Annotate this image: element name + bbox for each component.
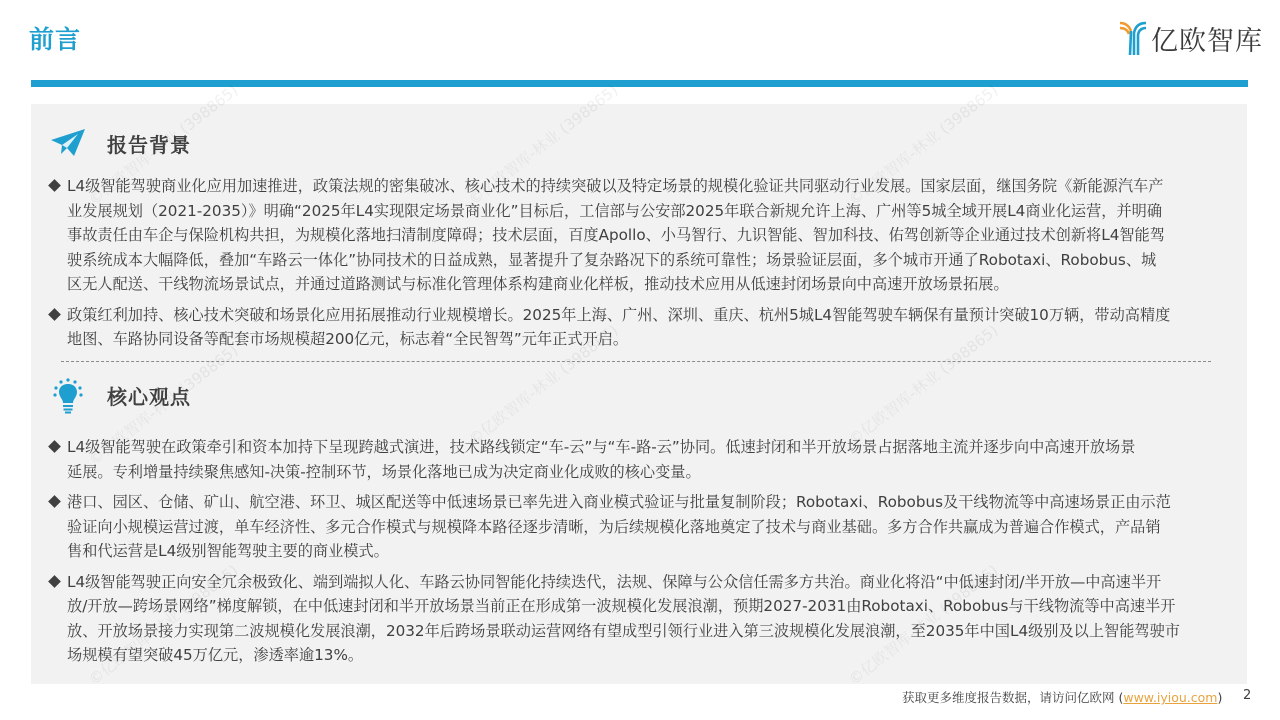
bullet-line: 驶系统成本大幅降低，叠加“车路云一体化”协同技术的日益成熟，显著提升了复杂路况下… bbox=[67, 248, 1242, 273]
bullet-line: 放、开放场景接力实现第二波规模化发展浪潮，2032年后跨场景联动运营网络有望成型… bbox=[67, 619, 1242, 644]
section-header-background: 报告背景 bbox=[49, 125, 191, 161]
core-views-bullet-list: L4级智能驾驶在政策牵引和资本加持下呈现跨越式演进，技术路线锁定“车-云”与“车… bbox=[47, 435, 1242, 674]
section-title: 报告背景 bbox=[107, 129, 191, 158]
footer-note: 获取更多维度报告数据，请访问亿欧网 (www.iyiou.com) bbox=[902, 688, 1222, 706]
logo-mark-icon bbox=[1118, 19, 1148, 57]
bullet-item: L4级智能驾驶商业化应用加速推进，政策法规的密集破冰、核心技术的持续突破以及特定… bbox=[47, 174, 1242, 297]
diamond-bullet-icon bbox=[48, 440, 61, 453]
bullet-line: 业发展规划（2021-2035）》明确“2025年L4实现限定场景商业化”目标后… bbox=[67, 199, 1242, 224]
diamond-bullet-icon bbox=[48, 495, 61, 508]
bullet-line: 场规模有望突破45万亿元，渗透率逾13%。 bbox=[67, 643, 1242, 668]
website-link[interactable]: www.iyiou.com bbox=[1123, 690, 1217, 705]
section-title: 核心观点 bbox=[107, 381, 191, 410]
bullet-line: 验证向小规模运营过渡，单车经济性、多元合作模式与规模降本路径逐步清晰，为后续规模… bbox=[67, 515, 1242, 540]
content-panel: ©亿欧智库-林业 (398865) ©亿欧智库-林业 (398865) ©亿欧智… bbox=[31, 104, 1247, 684]
header-divider-bar bbox=[31, 80, 1248, 87]
logo-text: 亿欧智库 bbox=[1151, 19, 1263, 58]
section-header-core-views: 核心观点 bbox=[49, 377, 191, 413]
bullet-line: 放/开放—跨场景网络”梯度解锁，在中低速封闭和半开放场景当前正在形成第一波规模化… bbox=[67, 594, 1242, 619]
diamond-bullet-icon bbox=[48, 179, 61, 192]
bullet-line: 区无人配送、干线物流场景试点，并通过道路测试与标准化管理体系构建商业化样板，推动… bbox=[67, 272, 1242, 297]
footer-text: 获取更多维度报告数据，请访问亿欧网 ( bbox=[902, 690, 1123, 705]
bullet-line: 政策红利加持、核心技术突破和场景化应用拓展推动行业规模增长。2025年上海、广州… bbox=[67, 303, 1242, 328]
lightbulb-icon bbox=[49, 377, 87, 413]
bullet-item: 政策红利加持、核心技术突破和场景化应用拓展推动行业规模增长。2025年上海、广州… bbox=[47, 303, 1242, 352]
company-logo: 亿欧智库 bbox=[1118, 18, 1263, 58]
footer-text-end: ) bbox=[1217, 690, 1222, 705]
diamond-bullet-icon bbox=[48, 575, 61, 588]
dashed-divider bbox=[61, 361, 1211, 362]
bullet-line: L4级智能驾驶商业化应用加速推进，政策法规的密集破冰、核心技术的持续突破以及特定… bbox=[67, 174, 1242, 199]
paper-plane-icon bbox=[49, 125, 87, 161]
background-bullet-list: L4级智能驾驶商业化应用加速推进，政策法规的密集破冰、核心技术的持续突破以及特定… bbox=[47, 174, 1242, 358]
bullet-line: 事故责任由车企与保险机构共担，为规模化落地扫清制度障碍；技术层面，百度Apoll… bbox=[67, 223, 1242, 248]
bullet-line: L4级智能驾驶在政策牵引和资本加持下呈现跨越式演进，技术路线锁定“车-云”与“车… bbox=[67, 435, 1242, 460]
bullet-line: 地图、车路协同设备等配套市场规模超200亿元，标志着“全民智驾”元年正式开启。 bbox=[67, 327, 1242, 352]
page-number: 2 bbox=[1243, 688, 1251, 703]
bullet-item: L4级智能驾驶正向安全冗余极致化、端到端拟人化、车路云协同智能化持续迭代，法规、… bbox=[47, 570, 1242, 668]
bullet-line: 延展。专利增量持续聚焦感知-决策-控制环节，场景化落地已成为决定商业化成败的核心… bbox=[67, 460, 1242, 485]
bullet-item: 港口、园区、仓储、矿山、航空港、环卫、城区配送等中低速场景已率先进入商业模式验证… bbox=[47, 490, 1242, 564]
bullet-line: 港口、园区、仓储、矿山、航空港、环卫、城区配送等中低速场景已率先进入商业模式验证… bbox=[67, 490, 1242, 515]
diamond-bullet-icon bbox=[48, 308, 61, 321]
bullet-line: 售和代运营是L4级别智能驾驶主要的商业模式。 bbox=[67, 539, 1242, 564]
page-title: 前言 bbox=[29, 20, 81, 56]
bullet-item: L4级智能驾驶在政策牵引和资本加持下呈现跨越式演进，技术路线锁定“车-云”与“车… bbox=[47, 435, 1242, 484]
bullet-line: L4级智能驾驶正向安全冗余极致化、端到端拟人化、车路云协同智能化持续迭代，法规、… bbox=[67, 570, 1242, 595]
